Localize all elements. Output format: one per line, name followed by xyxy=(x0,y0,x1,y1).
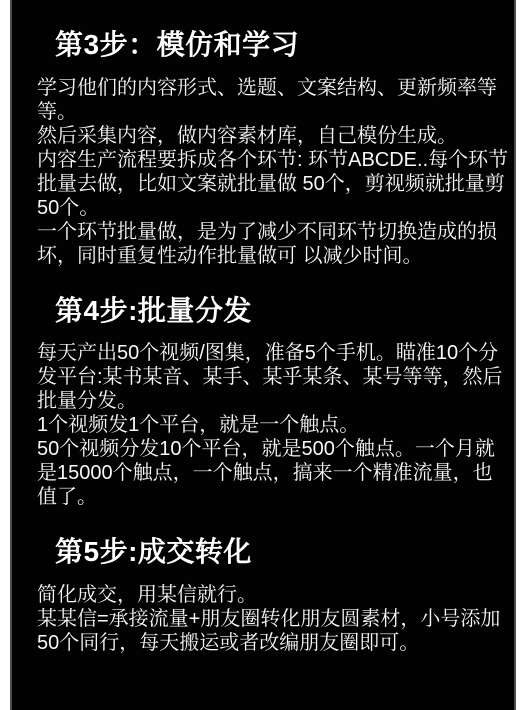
paragraph: 1个视频发1个平台，就是一个触点。 xyxy=(37,413,511,437)
step-4-body: 每天产出50个视频/图集，准备5个手机。瞄准10个分发平台:某书某音、某手、某乎… xyxy=(37,341,511,509)
paragraph: 50个视频分发10个平台，就是500个触点。一个月就是15000个触点，一个触点… xyxy=(37,437,511,509)
step-3-body: 学习他们的内容形式、选题、文案结构、更新频率等等。 然后采集内容，做内容素材库，… xyxy=(37,76,511,268)
content-panel: 第3步：模仿和学习 学习他们的内容形式、选题、文案结构、更新频率等等。 然后采集… xyxy=(10,0,516,710)
step-5-heading: 第5步:成交转化 xyxy=(55,535,511,569)
paragraph: 内容生产流程要拆成各个环节: 环节ABCDE..每个环节批量去做，比如文案就批量… xyxy=(37,148,511,220)
step-3-section: 第3步：模仿和学习 学习他们的内容形式、选题、文案结构、更新频率等等。 然后采集… xyxy=(37,28,511,268)
step-4-heading: 第4步:批量分发 xyxy=(55,294,511,328)
paragraph: 简化成交，用某信就行。 xyxy=(37,583,511,607)
page: 第3步：模仿和学习 学习他们的内容形式、选题、文案结构、更新频率等等。 然后采集… xyxy=(0,0,532,710)
paragraph: 然后采集内容，做内容素材库，自己模份生成。 xyxy=(37,124,511,148)
paragraph: 学习他们的内容形式、选题、文案结构、更新频率等等。 xyxy=(37,76,511,124)
paragraph: 每天产出50个视频/图集，准备5个手机。瞄准10个分发平台:某书某音、某手、某乎… xyxy=(37,341,511,413)
step-3-heading: 第3步：模仿和学习 xyxy=(55,28,511,62)
step-5-section: 第5步:成交转化 简化成交，用某信就行。 某某信=承接流量+朋友圈转化朋友圆素材… xyxy=(37,535,511,655)
paragraph: 某某信=承接流量+朋友圈转化朋友圆素材，小号添加50个同行，每天搬运或者改编朋友… xyxy=(37,607,511,655)
paragraph: 一个环节批量做，是为了减少不同环节切换造成的损坏，同时重复性动作批量做可 以减少… xyxy=(37,220,511,268)
step-4-section: 第4步:批量分发 每天产出50个视频/图集，准备5个手机。瞄准10个分发平台:某… xyxy=(37,294,511,510)
step-5-body: 简化成交，用某信就行。 某某信=承接流量+朋友圈转化朋友圆素材，小号添加50个同… xyxy=(37,583,511,655)
